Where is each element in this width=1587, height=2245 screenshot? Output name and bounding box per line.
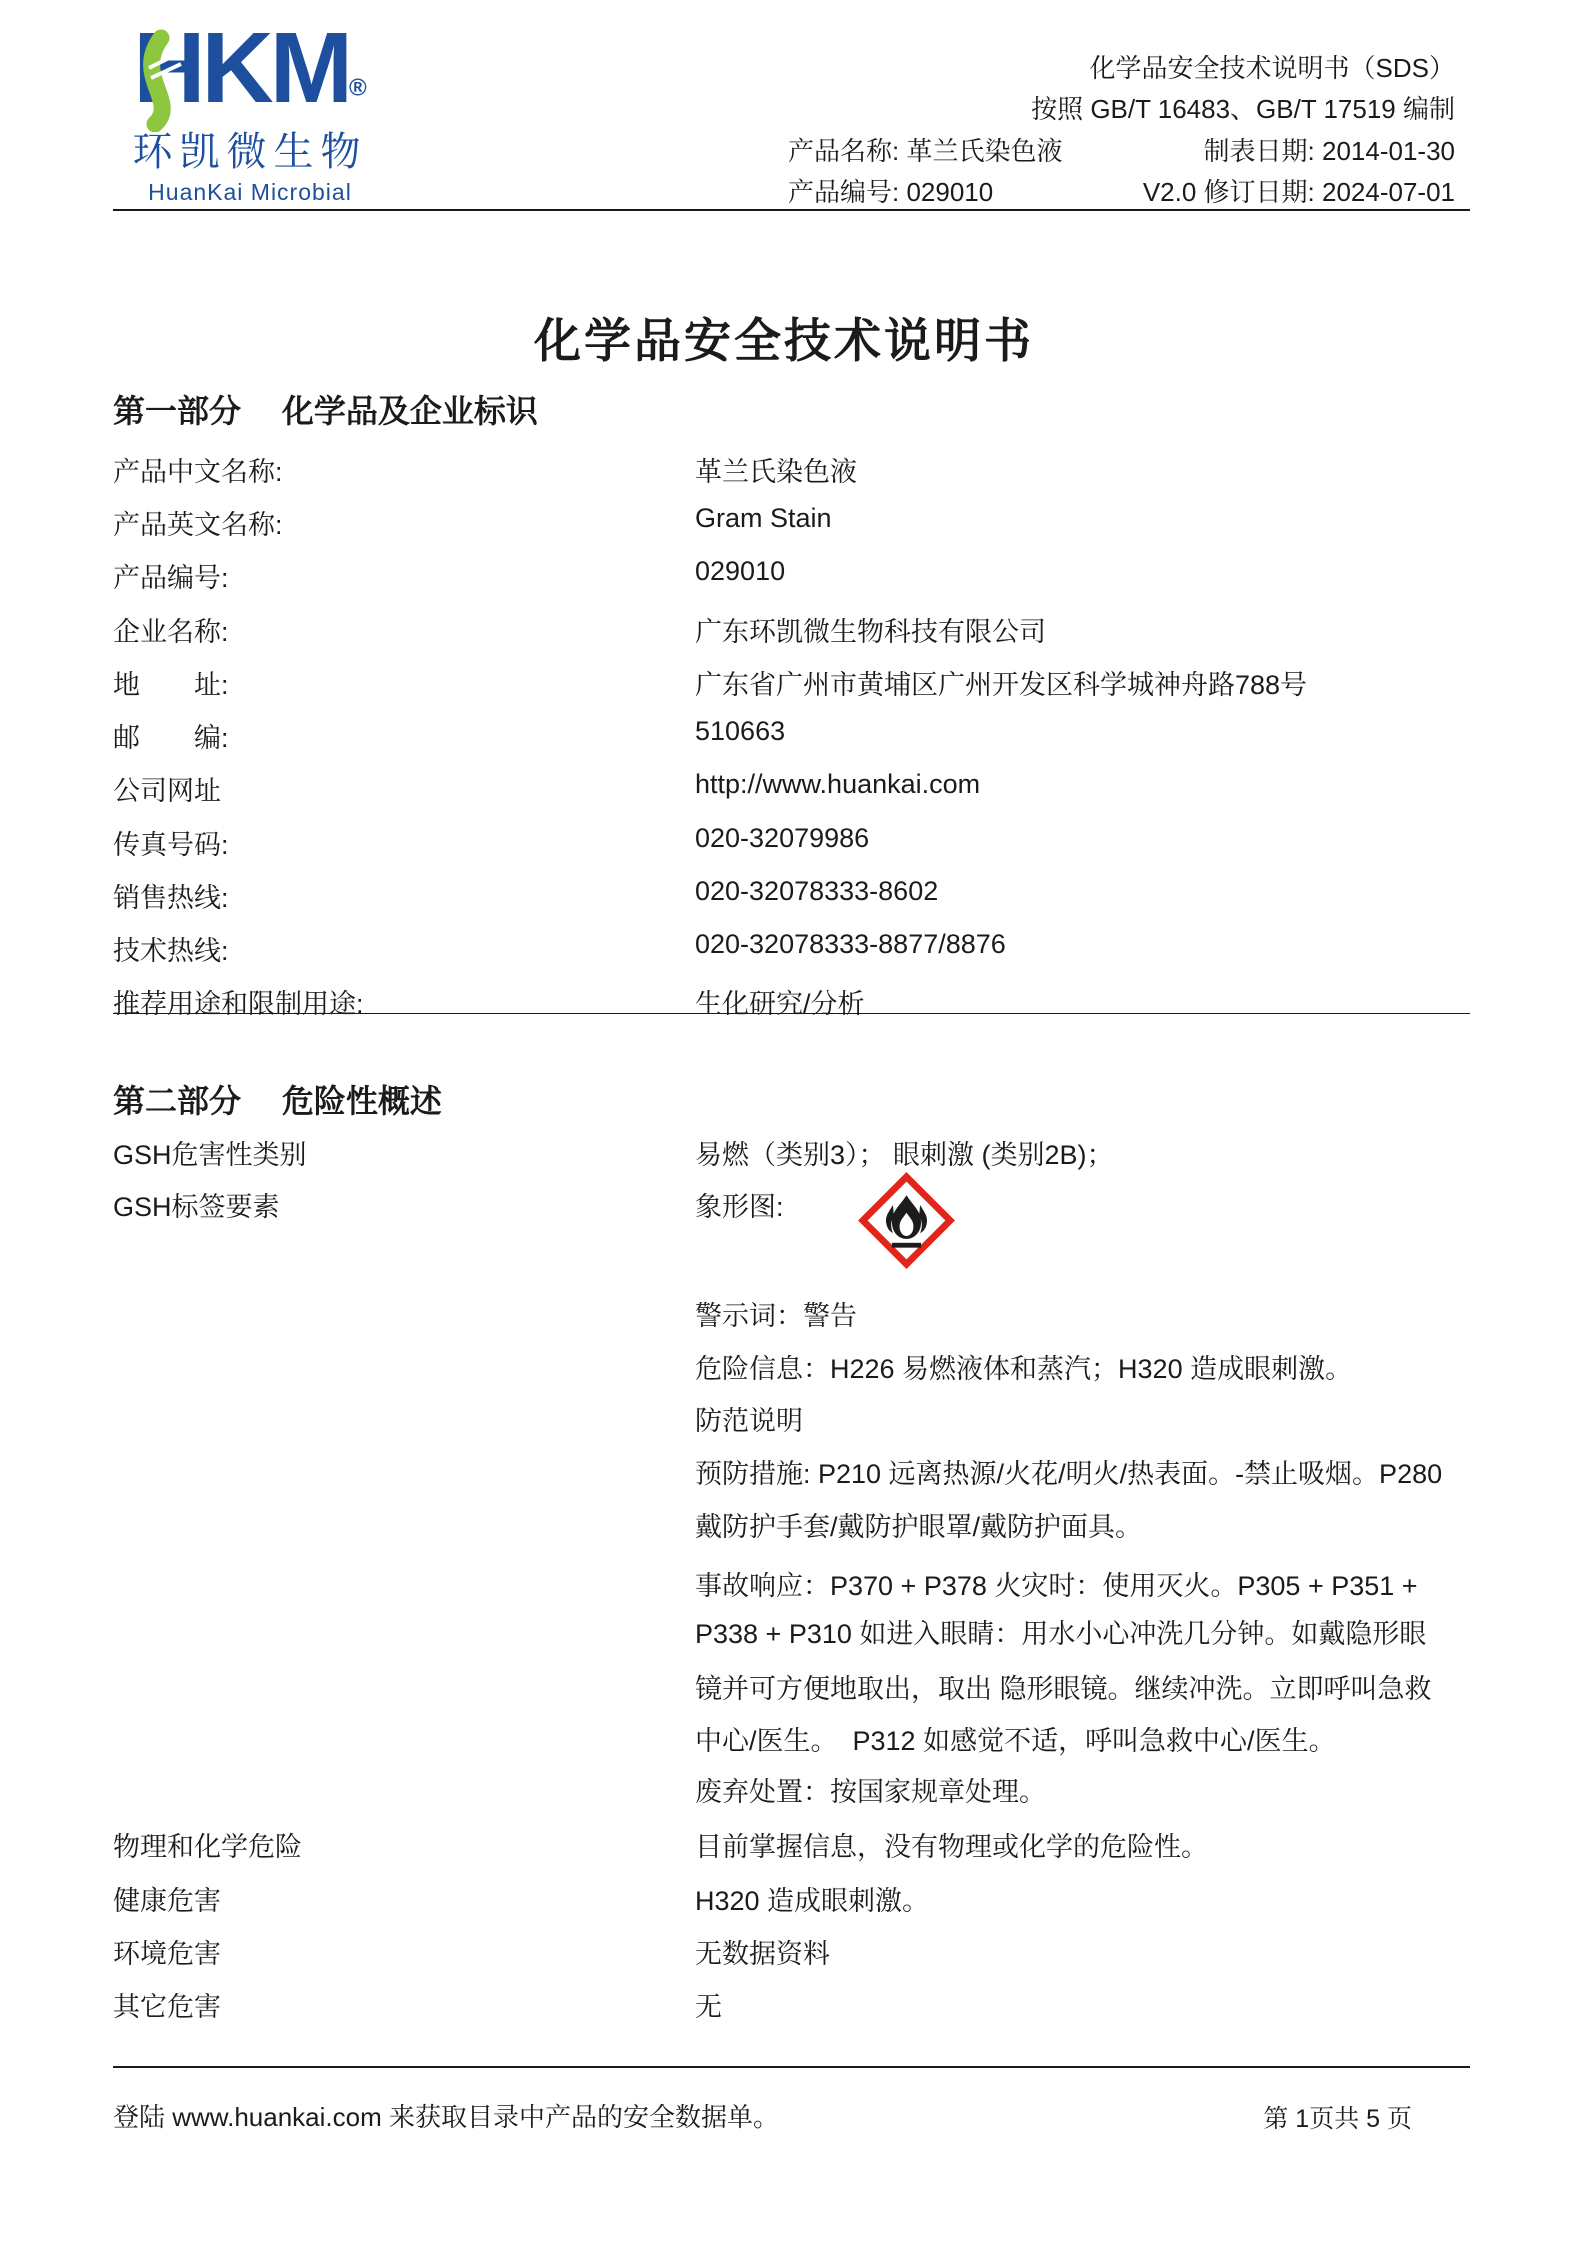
row-value: 广东环凯微生物科技有限公司 [695,610,1046,649]
gsh-class-value: 易燃（类别3）； 眼刺激 (类别2B)； [695,1133,1114,1172]
page-title: 化学品安全技术说明书 [113,304,1455,371]
row-label: 其它危害 [113,1985,221,2024]
row-value: http://www.huankai.com [695,769,980,800]
logo-wordmark: HKM® [133,18,366,118]
row-value: H320 造成眼刺激。 [695,1879,929,1918]
hazard-line: P338 + P310 如进入眼睛：用水小心冲洗几分钟。如戴隐形眼 [695,1612,1426,1651]
row-value: 无 [695,1985,722,2024]
row-label: 物理和化学危险 [113,1825,302,1864]
row-value: 无数据资料 [695,1932,830,1971]
row-label: 销售热线: [113,876,229,915]
row-label: 产品中文名称: [113,450,283,489]
row-label: 健康危害 [113,1879,221,1918]
row-value: 020-32078333-8602 [695,876,938,907]
registered-trademark-icon: ® [349,75,367,102]
page-number: 第 1页共 5 页 [1263,2099,1412,2135]
header-revised-date: V2.0 修订日期: 2024-07-01 [1143,172,1455,209]
sds-document-page: HKM® 环凯微生物 HuanKai Microbial 化学品安全技术说明书（… [0,0,1587,2245]
row-value: 020-32078333-8877/8876 [695,929,1006,960]
hazard-line: 防范说明 [695,1399,803,1438]
header-product-name: 产品名称: 革兰氏染色液 [788,131,1062,168]
pictogram-label: 象形图: [695,1185,784,1224]
row-value: 生化研究/分析 [695,982,865,1021]
logo-english-name: HuanKai Microbial [85,179,415,206]
row-value: 广东省广州市黄埔区广州开发区科学城神舟路788号 [695,663,1307,702]
header-created-date: 制表日期: 2014-01-30 [1204,131,1455,168]
hazard-line: 事故响应：P370 + P378 火灾时：使用灭火。P305 + P351 + [695,1564,1418,1603]
hazard-line: 预防措施: P210 远离热源/火花/明火/热表面。-禁止吸烟。P280 [695,1452,1442,1491]
hazard-line: 中心/医生。 P312 如感觉不适，呼叫急救中心/医生。 [695,1719,1336,1758]
row-label: 产品英文名称: [113,503,283,542]
hazard-line: 戴防护手套/戴防护眼罩/戴防护面具。 [695,1505,1142,1544]
row-value: 029010 [695,556,785,587]
gsh-class-label: GSH危害性类别 [113,1133,307,1172]
row-label: 公司网址 [113,769,221,808]
company-logo: HKM® 环凯微生物 HuanKai Microbial [85,18,415,206]
hazard-line: 警示词：警告 [695,1294,857,1333]
section1-divider [113,1013,1470,1014]
hazard-line: 镜并可方便地取出，取出 隐形眼镜。继续冲洗。立即呼叫急救 [695,1667,1432,1706]
row-label: 技术热线: [113,929,229,968]
logo-chinese-name: 环凯微生物 [85,120,415,177]
hazard-line: 危险信息：H226 易燃液体和蒸汽；H320 造成眼刺激。 [695,1347,1352,1386]
row-label: 地 址: [113,663,229,702]
footer-divider [113,2066,1470,2068]
header-product-code: 产品编号: 029010 [788,172,993,209]
row-value: 020-32079986 [695,823,869,854]
row-label: 推荐用途和限制用途: [113,982,364,1021]
section2-heading: 第二部分 危险性概述 [113,1076,442,1122]
header-divider [113,209,1470,211]
row-value: 革兰氏染色液 [695,450,857,489]
gsh-elements-label: GSH标签要素 [113,1185,280,1224]
header-doc-type: 化学品安全技术说明书（SDS） [1090,48,1455,85]
row-value: 510663 [695,716,785,747]
row-label: 邮 编: [113,716,229,755]
ghs-flame-pictogram-icon [858,1172,955,1269]
row-label: 产品编号: [113,556,229,595]
hazard-line: 废弃处置：按国家规章处理。 [695,1770,1046,1809]
footer-note: 登陆 www.huankai.com 来获取目录中产品的安全数据单。 [113,2097,779,2134]
section1-heading: 第一部分 化学品及企业标识 [113,386,538,432]
row-value: Gram Stain [695,503,832,534]
logo-letters: HKM [133,12,349,124]
row-value: 目前掌握信息，没有物理或化学的危险性。 [695,1825,1208,1864]
row-label: 环境危害 [113,1932,221,1971]
row-label: 传真号码: [113,823,229,862]
row-label: 企业名称: [113,610,229,649]
header-standard: 按照 GB/T 16483、GB/T 17519 编制 [1031,89,1455,126]
